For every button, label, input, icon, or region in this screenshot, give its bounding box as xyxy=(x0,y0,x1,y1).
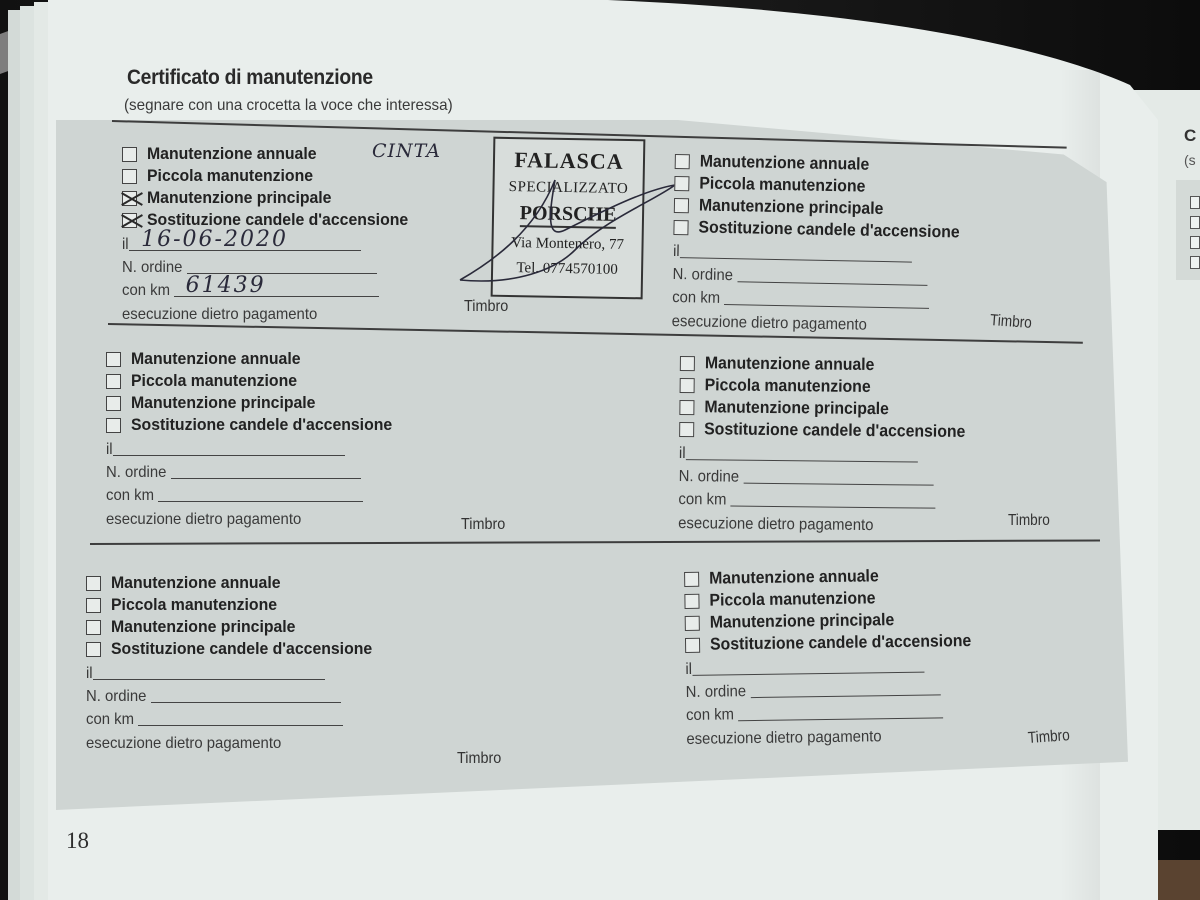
km-field-input[interactable] xyxy=(158,486,363,502)
order-number-field-input[interactable] xyxy=(737,266,927,286)
field-label: N. ordine xyxy=(686,683,747,702)
option-label: Piccola manutenzione xyxy=(705,375,871,397)
option-label: Piccola manutenzione xyxy=(147,166,313,186)
entry-cell: Manutenzione annualePiccola manutenzione… xyxy=(86,572,586,753)
checkbox[interactable] xyxy=(122,191,137,206)
option-label: Manutenzione annuale xyxy=(131,349,301,369)
order-number-field-input[interactable] xyxy=(171,463,361,479)
checkbox[interactable] xyxy=(680,355,695,370)
checkbox[interactable] xyxy=(122,147,137,162)
option-label: Piccola manutenzione xyxy=(111,595,277,615)
option-label: Manutenzione principale xyxy=(111,617,295,637)
km-field-input[interactable] xyxy=(730,491,935,509)
option-label: Piccola manutenzione xyxy=(131,371,297,391)
stamp-label: Timbro xyxy=(461,516,505,534)
checkbox[interactable] xyxy=(86,598,101,613)
order-number-field-input[interactable] xyxy=(151,687,341,703)
option-row: Sostituzione candele d'accensione xyxy=(86,638,586,660)
date-field: il xyxy=(106,436,606,459)
field-label: con km xyxy=(86,711,134,729)
option-label: Sostituzione candele d'accensione xyxy=(704,419,965,442)
km-field-input[interactable] xyxy=(724,289,929,309)
option-label: Sostituzione candele d'accensione xyxy=(131,415,392,435)
km-field-input[interactable] xyxy=(138,710,343,726)
field-label: il xyxy=(122,236,129,254)
checkbox[interactable] xyxy=(679,421,694,436)
option-row: Manutenzione annuale xyxy=(122,143,622,165)
checkbox[interactable] xyxy=(685,637,700,652)
stamp-label: Timbro xyxy=(989,312,1032,333)
option-row: Manutenzione principale xyxy=(106,392,606,414)
option-label: Manutenzione annuale xyxy=(700,151,870,174)
option-row: Piccola manutenzione xyxy=(86,594,586,616)
field-label: N. ordine xyxy=(679,468,740,487)
stamp-label: Timbro xyxy=(464,298,508,316)
next-page-checkbox xyxy=(1190,236,1200,249)
checkbox[interactable] xyxy=(106,352,121,367)
payment-note: esecuzione dietro pagamento xyxy=(122,300,587,324)
next-page-checkbox xyxy=(1190,256,1200,269)
option-label: Manutenzione principale xyxy=(147,188,331,208)
field-label: il xyxy=(679,445,686,463)
field-label: il xyxy=(86,665,93,683)
date-field-input[interactable]: 16-06-2020 xyxy=(129,235,361,251)
order-number-field-input[interactable] xyxy=(744,468,934,486)
option-label: Manutenzione annuale xyxy=(709,566,879,588)
entry-cell: Manutenzione annualePiccola manutenzione… xyxy=(684,561,1186,749)
field-label: con km xyxy=(678,491,726,510)
field-label: con km xyxy=(672,289,720,308)
km-field-input[interactable]: 61439 xyxy=(174,281,379,297)
entry-cell: Manutenzione annualePiccola manutenzione… xyxy=(678,352,1180,538)
checkbox[interactable] xyxy=(86,620,101,635)
option-row: Piccola manutenzione xyxy=(122,165,622,187)
option-label: Manutenzione principale xyxy=(710,610,895,633)
option-label: Manutenzione annuale xyxy=(111,573,281,593)
checkbox[interactable] xyxy=(106,374,121,389)
km-field: con km61439 xyxy=(122,277,622,300)
checkbox[interactable] xyxy=(86,642,101,657)
field-label: il xyxy=(106,441,113,459)
checkbox[interactable] xyxy=(674,175,689,190)
payment-note: esecuzione dietro pagamento xyxy=(678,509,1143,538)
checkbox[interactable] xyxy=(675,153,690,168)
handwritten-value: 16-06-2020 xyxy=(141,227,288,252)
stamp-label: Timbro xyxy=(457,750,501,768)
field-label: N. ordine xyxy=(106,464,166,482)
document-title: Certificato di manutenzione xyxy=(127,66,373,90)
option-row: Manutenzione annuale xyxy=(86,572,586,594)
next-page-subtitle: (s xyxy=(1184,152,1196,168)
option-label: Manutenzione principale xyxy=(699,195,884,219)
order-number-field: N. ordine xyxy=(106,459,606,482)
date-field: il xyxy=(86,660,586,683)
field-label: N. ordine xyxy=(122,259,182,277)
option-row: Manutenzione annuale xyxy=(106,348,606,370)
date-field-input[interactable] xyxy=(692,657,924,676)
option-label: Manutenzione annuale xyxy=(705,353,875,375)
option-label: Manutenzione annuale xyxy=(147,144,317,164)
date-field-input[interactable] xyxy=(680,242,912,262)
entry-cell: Manutenzione annualePiccola manutenzione… xyxy=(106,348,606,529)
option-label: Piccola manutenzione xyxy=(699,173,865,196)
option-label: Piccola manutenzione xyxy=(709,588,875,610)
checkbox[interactable] xyxy=(86,576,101,591)
checkbox[interactable] xyxy=(673,219,688,234)
checkbox[interactable] xyxy=(685,615,700,630)
handwritten-value: 61439 xyxy=(186,273,266,298)
field-label: con km xyxy=(106,487,154,505)
field-label: con km xyxy=(686,706,734,725)
date-field-input[interactable] xyxy=(113,440,345,456)
entry-cell: Manutenzione annualePiccola manutenzione… xyxy=(122,143,622,324)
checkbox[interactable] xyxy=(122,169,137,184)
stamp-label: Timbro xyxy=(1008,512,1050,530)
stamp-label: Timbro xyxy=(1027,727,1070,748)
option-label: Sostituzione candele d'accensione xyxy=(710,631,971,655)
checkbox[interactable] xyxy=(679,399,694,414)
field-label: il xyxy=(685,661,692,679)
checkbox[interactable] xyxy=(106,396,121,411)
page-number: 18 xyxy=(66,828,89,854)
option-row: Sostituzione candele d'accensione xyxy=(106,414,606,436)
option-label: Manutenzione principale xyxy=(131,393,315,413)
option-row: Manutenzione principale xyxy=(122,187,622,209)
option-label: Manutenzione principale xyxy=(704,397,889,419)
entry-cell: Manutenzione annualePiccola manutenzione… xyxy=(672,150,1175,341)
order-number-field-input[interactable] xyxy=(751,679,941,698)
option-row: Manutenzione principale xyxy=(86,616,586,638)
checkbox[interactable] xyxy=(106,418,121,433)
order-number-field: N. ordine xyxy=(86,683,586,706)
next-page-checkbox xyxy=(1190,196,1200,209)
checkbox[interactable] xyxy=(684,571,699,586)
next-page-title: C xyxy=(1184,126,1196,146)
order-number-field-input[interactable] xyxy=(187,258,377,274)
field-label: N. ordine xyxy=(672,266,733,285)
next-page-checkbox xyxy=(1190,216,1200,229)
km-field: con km xyxy=(106,482,606,505)
field-label: N. ordine xyxy=(86,688,146,706)
checkbox[interactable] xyxy=(674,197,689,212)
date-field-input[interactable] xyxy=(686,444,918,462)
document-subtitle: (segnare con una crocetta la voce che in… xyxy=(124,97,453,115)
checkbox[interactable] xyxy=(684,593,699,608)
checkbox[interactable] xyxy=(680,377,695,392)
option-row: Piccola manutenzione xyxy=(106,370,606,392)
option-label: Sostituzione candele d'accensione xyxy=(111,639,372,659)
date-field: il16-06-2020 xyxy=(122,231,622,254)
km-field-input[interactable] xyxy=(737,702,942,721)
date-field-input[interactable] xyxy=(93,664,325,680)
field-label: il xyxy=(673,243,680,261)
km-field: con km xyxy=(86,706,586,729)
checkbox[interactable] xyxy=(122,213,137,228)
field-label: con km xyxy=(122,282,170,300)
